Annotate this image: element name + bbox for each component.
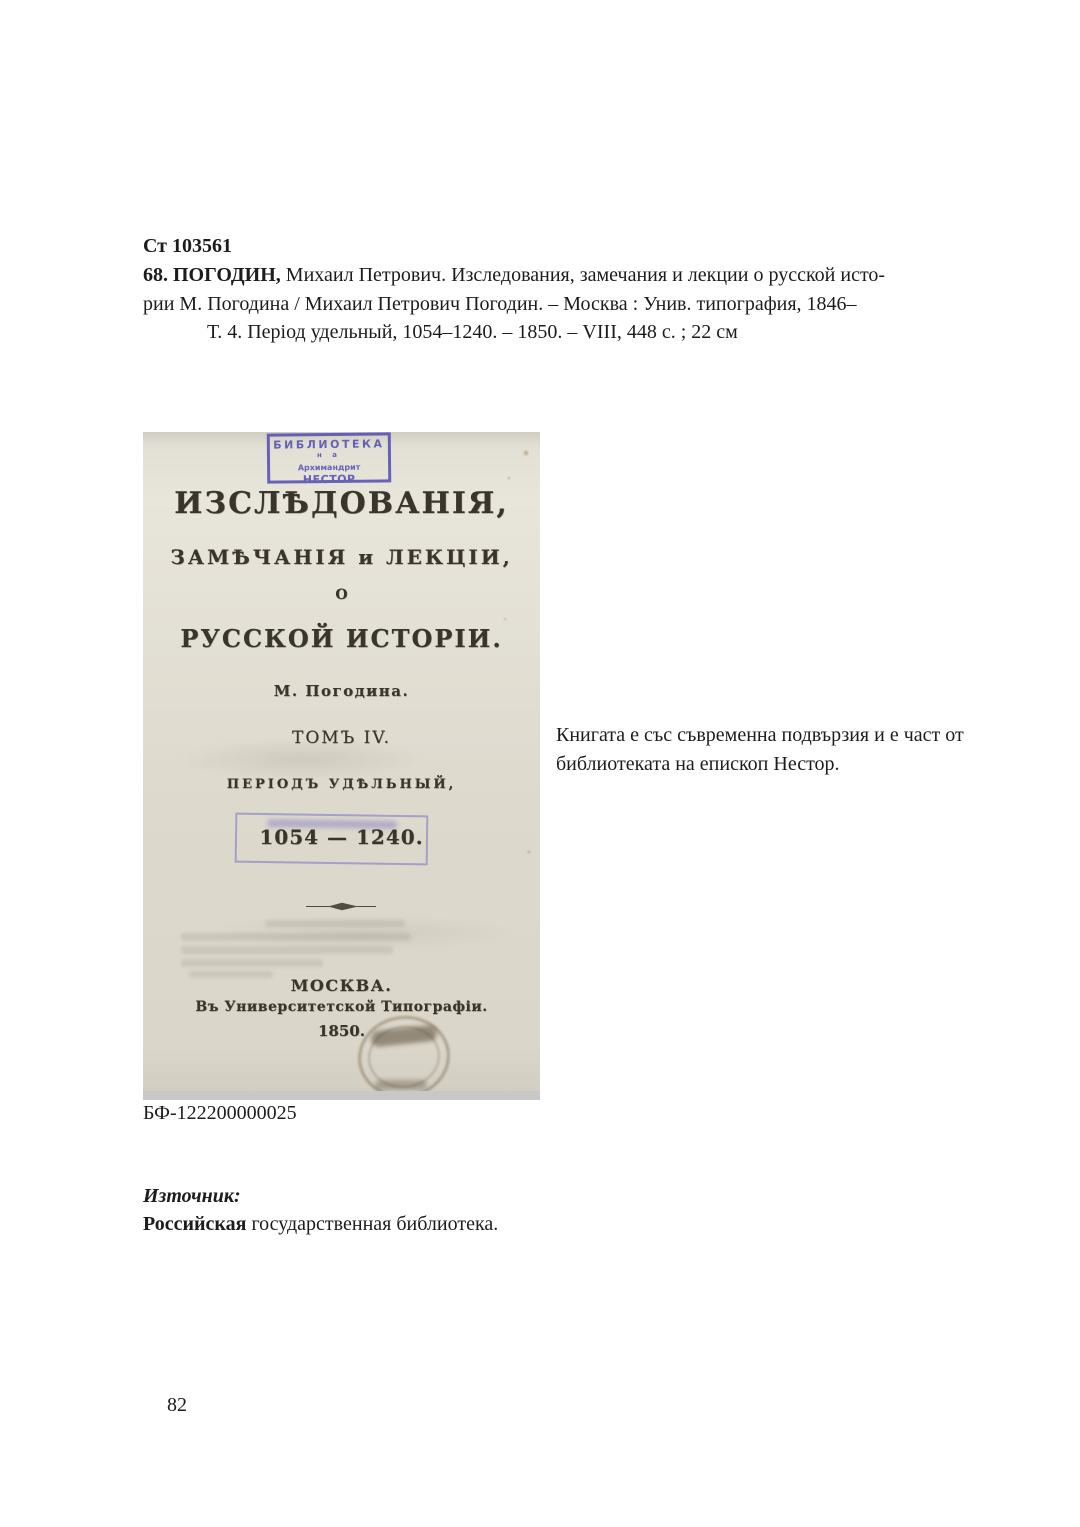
bleed-through-text <box>181 946 393 954</box>
imprint-publisher: Въ Университетской Типографіи. <box>143 999 540 1015</box>
catalog-entry-line-1-text: Михаил Петрович. Изследования, замечания… <box>281 264 885 286</box>
catalog-entry-line-3: Т. 4. Період удельный, 1054–1240. – 1850… <box>143 318 953 347</box>
catalog-entry-line-2: рии М. Погодина / Михаил Петрович Погоди… <box>143 290 953 319</box>
library-stamp: БИБЛИОТЕКА н а Архимандрит НЕСТОР <box>267 432 392 483</box>
book-period: ПЕРІОДЪ УДѢЛЬНЫЙ, <box>143 777 540 792</box>
imprint-year: 1850. <box>143 1022 540 1040</box>
book-title-line-1: ИЗСЛѢДОВАНІЯ, <box>143 486 540 521</box>
catalog-entry: 68. ПОГОДИН, Михаил Петрович. Изследован… <box>143 261 953 347</box>
library-stamp-line-3: Архимандрит НЕСТОР <box>270 459 388 486</box>
catalog-code: Ст 103561 <box>143 235 232 258</box>
book-title-line-3: О <box>143 587 540 603</box>
book-author: М. Погодина. <box>143 682 540 700</box>
library-stamp-owner-name: НЕСТОР <box>270 472 388 486</box>
library-stamp-owner-title: Архимандрит <box>298 463 361 473</box>
catalog-entry-author: 68. ПОГОДИН, <box>143 264 281 286</box>
bleed-through-text <box>265 920 405 927</box>
source-label: Източник: <box>143 1185 241 1208</box>
book-title-line-4: РУССКОЙ ИСТОРІИ. <box>143 624 540 653</box>
divider-ornament-icon <box>306 902 376 911</box>
document-page: Ст 103561 68. ПОГОДИН, Михаил Петрович. … <box>0 0 1080 1527</box>
library-stamp-line-1: БИБЛИОТЕКА <box>270 437 388 451</box>
photo-bottom-edge <box>143 1091 540 1100</box>
bleed-through-text <box>181 959 323 967</box>
source-name-rest: государственная библиотека. <box>246 1213 498 1235</box>
book-years: 1054 — 1240. <box>143 825 540 849</box>
bleed-through-text <box>181 933 411 941</box>
annotation-text: Книгата е със съвременна подвързия и е ч… <box>556 721 994 778</box>
source-value: Российская государственная библиотека. <box>143 1213 498 1236</box>
round-ink-stamp-smudge <box>375 1080 427 1090</box>
catalog-entry-line-1: 68. ПОГОДИН, Михаил Петрович. Изследован… <box>143 261 953 290</box>
library-stamp-line-2: н а <box>270 450 388 459</box>
imprint-city: МОСКВА. <box>143 976 540 995</box>
book-volume: ТОМЪ IV. <box>143 728 540 748</box>
book-title-line-2: ЗАМѢЧАНІЯ и ЛЕКЦІИ, <box>143 545 540 569</box>
source-name-bold: Российская <box>143 1213 246 1235</box>
page-number: 82 <box>167 1394 187 1417</box>
photo-caption-inventory-number: БФ-122200000025 <box>143 1102 297 1125</box>
book-title-page-photo: БИБЛИОТЕКА н а Архимандрит НЕСТОР ИЗСЛѢД… <box>143 432 540 1100</box>
